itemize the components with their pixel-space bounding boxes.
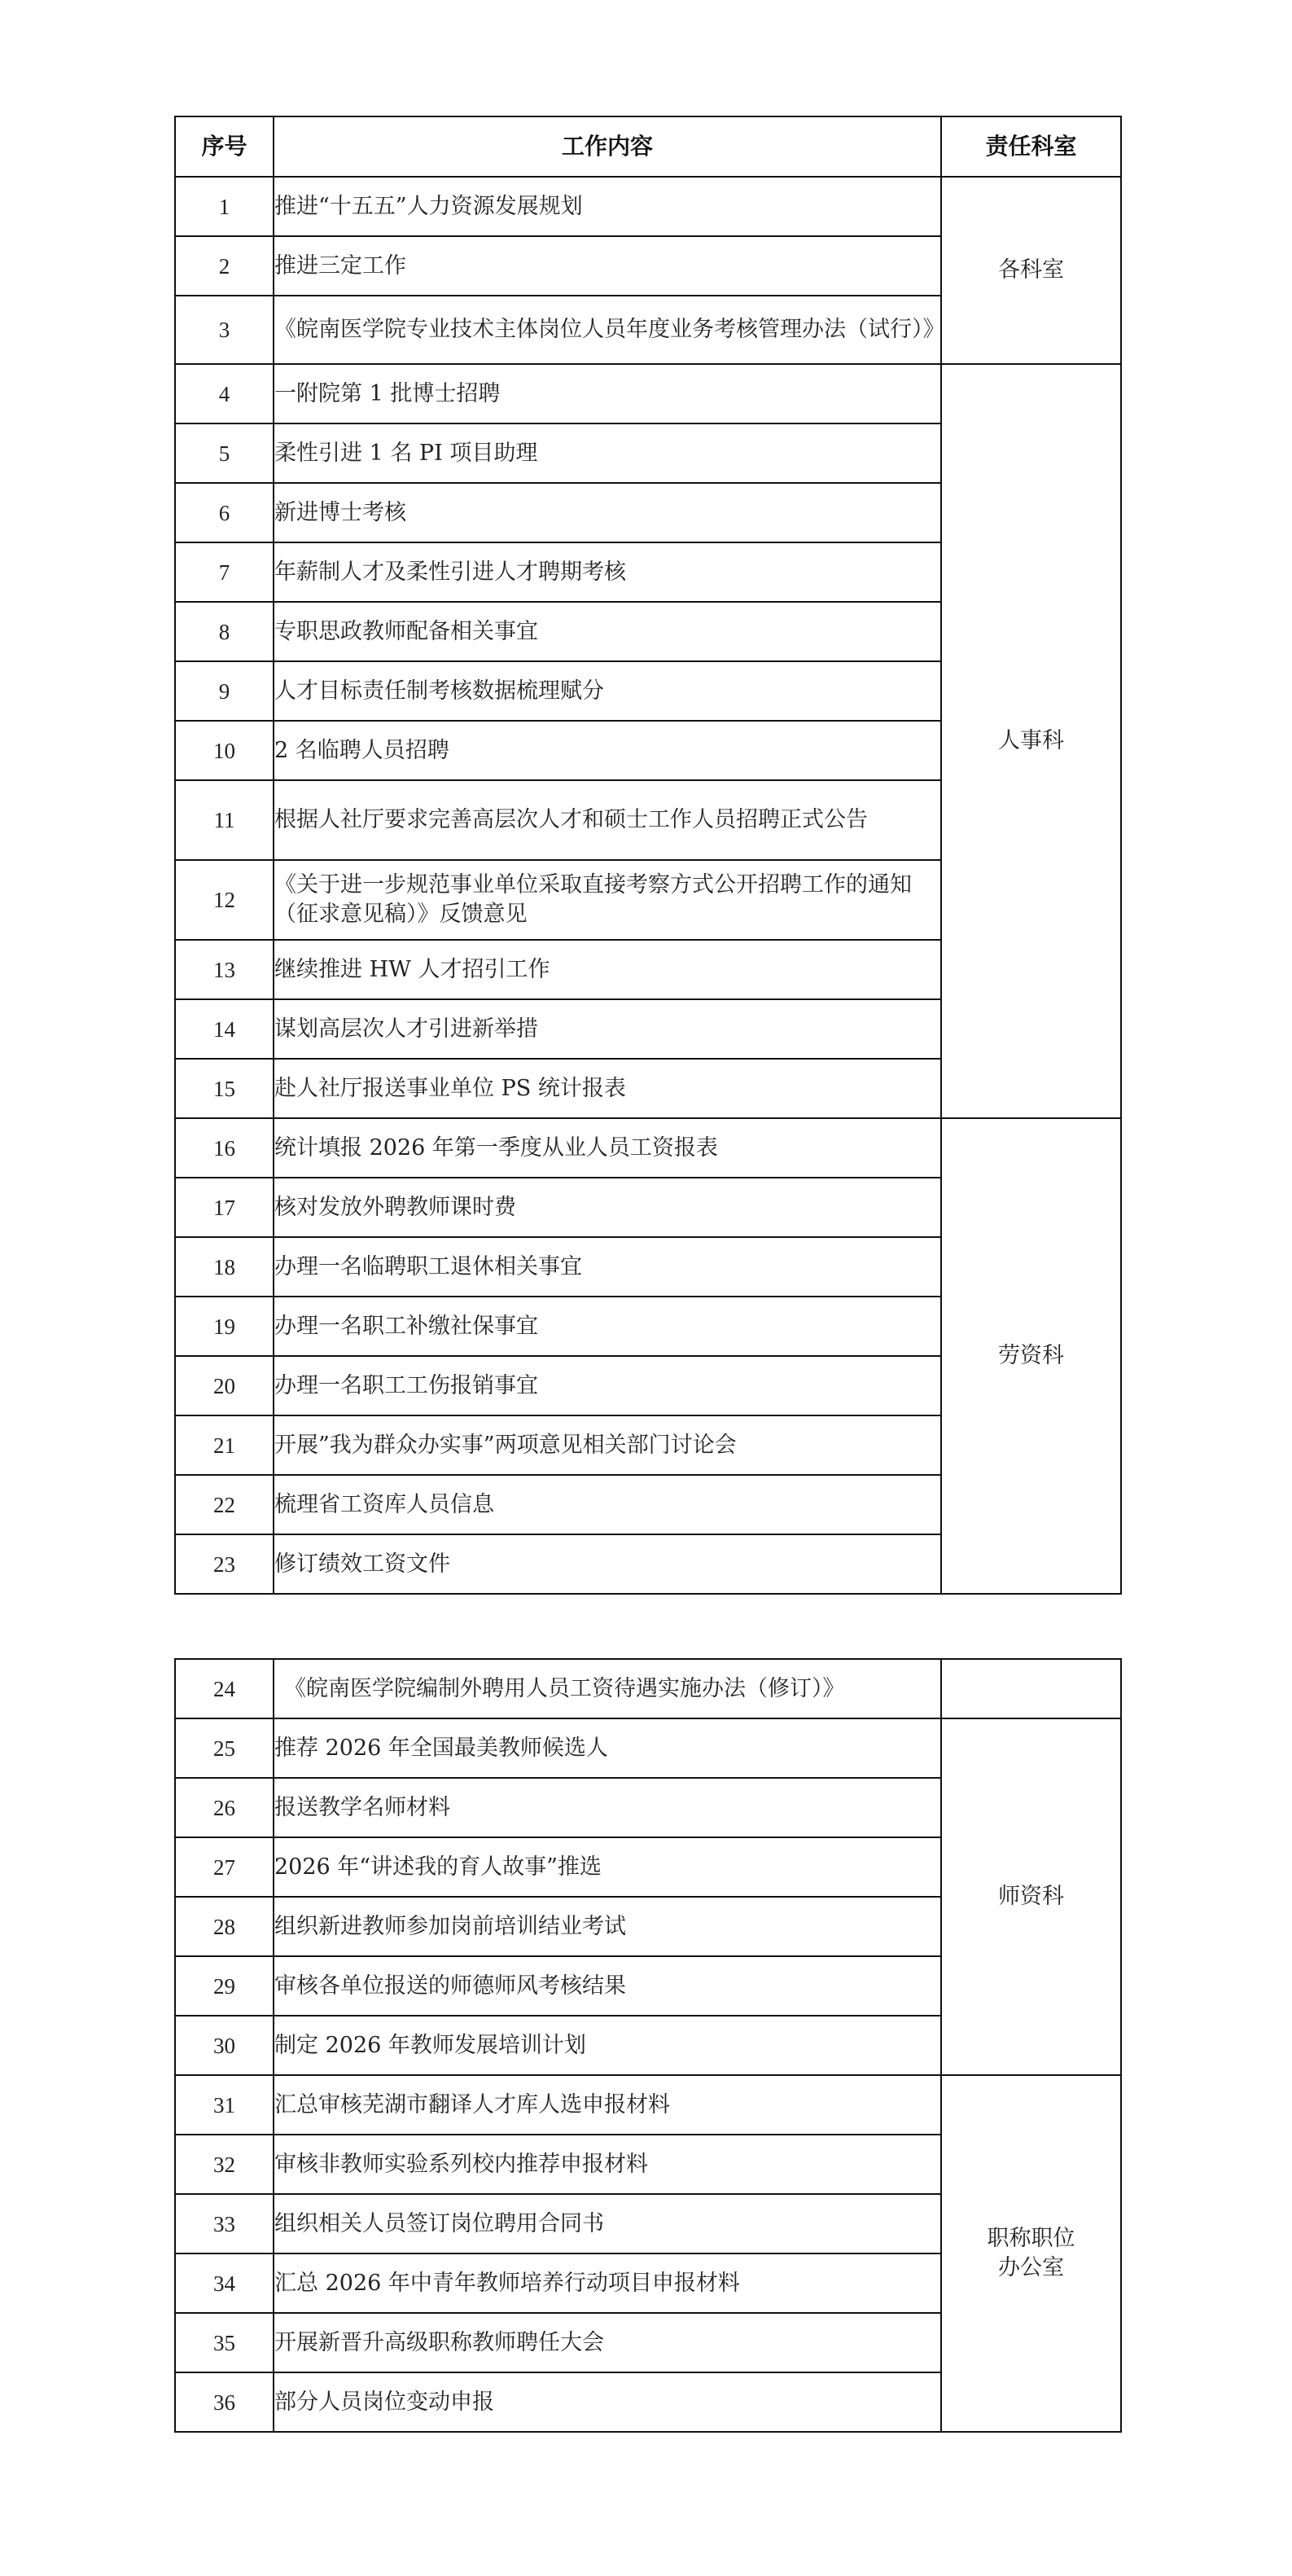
row-content: 组织相关人员签订岗位聘用合同书 bbox=[274, 2194, 941, 2253]
row-number: 22 bbox=[175, 1475, 274, 1534]
row-number: 30 bbox=[175, 2016, 274, 2075]
row-content: 年薪制人才及柔性引进人才聘期考核 bbox=[274, 542, 941, 602]
row-number: 12 bbox=[175, 860, 274, 940]
row-content: 一附院第 1 批博士招聘 bbox=[274, 364, 941, 423]
row-content: 推荐 2026 年全国最美教师候选人 bbox=[274, 1718, 941, 1778]
row-content: 统计填报 2026 年第一季度从业人员工资报表 bbox=[274, 1118, 941, 1178]
row-content: 审核非教师实验系列校内推荐申报材料 bbox=[274, 2135, 941, 2194]
row-number: 5 bbox=[175, 423, 274, 483]
row-number: 15 bbox=[175, 1059, 274, 1118]
row-content: 办理一名职工补缴社保事宜 bbox=[274, 1297, 941, 1356]
dept-cell-empty bbox=[941, 1659, 1121, 1718]
row-number: 2 bbox=[175, 236, 274, 296]
row-number: 1 bbox=[175, 177, 274, 236]
row-content: 办理一名职工工伤报销事宜 bbox=[274, 1356, 941, 1415]
row-number: 6 bbox=[175, 483, 274, 542]
row-number: 33 bbox=[175, 2194, 274, 2253]
row-content: 汇总 2026 年中青年教师培养行动项目申报材料 bbox=[274, 2253, 941, 2313]
row-content: 新进博士考核 bbox=[274, 483, 941, 542]
dept-title-office-line-1: 职称职位 bbox=[942, 2224, 1120, 2253]
row-content: 2026 年“讲述我的育人故事”推选 bbox=[274, 1837, 941, 1897]
table-row: 16 统计填报 2026 年第一季度从业人员工资报表 劳资科 bbox=[175, 1118, 1121, 1178]
row-number: 24 bbox=[175, 1659, 274, 1718]
row-number: 14 bbox=[175, 999, 274, 1059]
row-content: 《关于进一步规范事业单位采取直接考察方式公开招聘工作的通知（征求意见稿）》反馈意… bbox=[274, 860, 941, 940]
row-number: 7 bbox=[175, 542, 274, 602]
row-number: 19 bbox=[175, 1297, 274, 1356]
row-content: 修订绩效工资文件 bbox=[274, 1534, 941, 1594]
row-content: 核对发放外聘教师课时费 bbox=[274, 1178, 941, 1237]
row-number: 32 bbox=[175, 2135, 274, 2194]
row-number: 20 bbox=[175, 1356, 274, 1415]
row-number: 8 bbox=[175, 602, 274, 661]
row-number: 26 bbox=[175, 1778, 274, 1837]
header-responsible-dept: 责任科室 bbox=[941, 116, 1121, 177]
header-work-content: 工作内容 bbox=[274, 116, 941, 177]
row-number: 9 bbox=[175, 661, 274, 721]
dept-cell-title-office: 职称职位 办公室 bbox=[941, 2075, 1121, 2432]
row-content: 开展”我为群众办实事”两项意见相关部门讨论会 bbox=[274, 1415, 941, 1475]
row-content: 制定 2026 年教师发展培训计划 bbox=[274, 2016, 941, 2075]
row-number: 29 bbox=[175, 1956, 274, 2016]
dept-title-office-line-2: 办公室 bbox=[942, 2253, 1120, 2283]
table-row: 31 汇总审核芜湖市翻译人才库人选申报材料 职称职位 办公室 bbox=[175, 2075, 1121, 2135]
row-content: 《皖南医学院专业技术主体岗位人员年度业务考核管理办法（试行）》 bbox=[274, 296, 941, 364]
row-content: 汇总审核芜湖市翻译人才库人选申报材料 bbox=[274, 2075, 941, 2135]
row-content: 审核各单位报送的师德师风考核结果 bbox=[274, 1956, 941, 2016]
row-number: 36 bbox=[175, 2372, 274, 2432]
row-content: 人才目标责任制考核数据梳理赋分 bbox=[274, 661, 941, 721]
dept-cell-all-sections: 各科室 bbox=[941, 177, 1121, 364]
row-number: 31 bbox=[175, 2075, 274, 2135]
work-table-part-1: 序号 工作内容 责任科室 1 推进“十五五”人力资源发展规划 各科室 2 推进三… bbox=[174, 116, 1122, 1595]
row-number: 21 bbox=[175, 1415, 274, 1475]
row-number: 17 bbox=[175, 1178, 274, 1237]
row-content: 根据人社厅要求完善高层次人才和硕士工作人员招聘正式公告 bbox=[274, 780, 941, 860]
row-content: 开展新晋升高级职称教师聘任大会 bbox=[274, 2313, 941, 2372]
row-content: 推进“十五五”人力资源发展规划 bbox=[274, 177, 941, 236]
row-content: 柔性引进 1 名 PI 项目助理 bbox=[274, 423, 941, 483]
table-row: 4 一附院第 1 批博士招聘 人事科 bbox=[175, 364, 1121, 423]
table-row: 24 《皖南医学院编制外聘用人员工资待遇实施办法（修订）》 bbox=[175, 1659, 1121, 1718]
row-number: 25 bbox=[175, 1718, 274, 1778]
dept-cell-labor-wage: 劳资科 bbox=[941, 1118, 1121, 1594]
row-content: 继续推进 HW 人才招引工作 bbox=[274, 940, 941, 999]
row-content: 赴人社厅报送事业单位 PS 统计报表 bbox=[274, 1059, 941, 1118]
row-content: 谋划高层次人才引进新举措 bbox=[274, 999, 941, 1059]
row-content: 部分人员岗位变动申报 bbox=[274, 2372, 941, 2432]
dept-cell-personnel: 人事科 bbox=[941, 364, 1121, 1118]
row-content: 办理一名临聘职工退休相关事宜 bbox=[274, 1237, 941, 1297]
row-content: 梳理省工资库人员信息 bbox=[274, 1475, 941, 1534]
row-number: 13 bbox=[175, 940, 274, 999]
row-number: 23 bbox=[175, 1534, 274, 1594]
header-serial-number: 序号 bbox=[175, 116, 274, 177]
work-table-part-2: 24 《皖南医学院编制外聘用人员工资待遇实施办法（修订）》 25 推荐 2026… bbox=[174, 1658, 1122, 2433]
row-number: 34 bbox=[175, 2253, 274, 2313]
dept-cell-teacher-resources: 师资科 bbox=[941, 1718, 1121, 2075]
row-content: 《皖南医学院编制外聘用人员工资待遇实施办法（修订）》 bbox=[274, 1659, 941, 1718]
table-row: 25 推荐 2026 年全国最美教师候选人 师资科 bbox=[175, 1718, 1121, 1778]
row-content: 推进三定工作 bbox=[274, 236, 941, 296]
row-number: 27 bbox=[175, 1837, 274, 1897]
row-number: 18 bbox=[175, 1237, 274, 1297]
table-header-row: 序号 工作内容 责任科室 bbox=[175, 116, 1121, 177]
row-content: 专职思政教师配备相关事宜 bbox=[274, 602, 941, 661]
row-content: 报送教学名师材料 bbox=[274, 1778, 941, 1837]
row-number: 16 bbox=[175, 1118, 274, 1178]
table-row: 1 推进“十五五”人力资源发展规划 各科室 bbox=[175, 177, 1121, 236]
row-content: 组织新进教师参加岗前培训结业考试 bbox=[274, 1897, 941, 1956]
row-number: 11 bbox=[175, 780, 274, 860]
row-number: 4 bbox=[175, 364, 274, 423]
row-number: 35 bbox=[175, 2313, 274, 2372]
row-content: 2 名临聘人员招聘 bbox=[274, 721, 941, 780]
row-number: 28 bbox=[175, 1897, 274, 1956]
row-number: 3 bbox=[175, 296, 274, 364]
row-number: 10 bbox=[175, 721, 274, 780]
